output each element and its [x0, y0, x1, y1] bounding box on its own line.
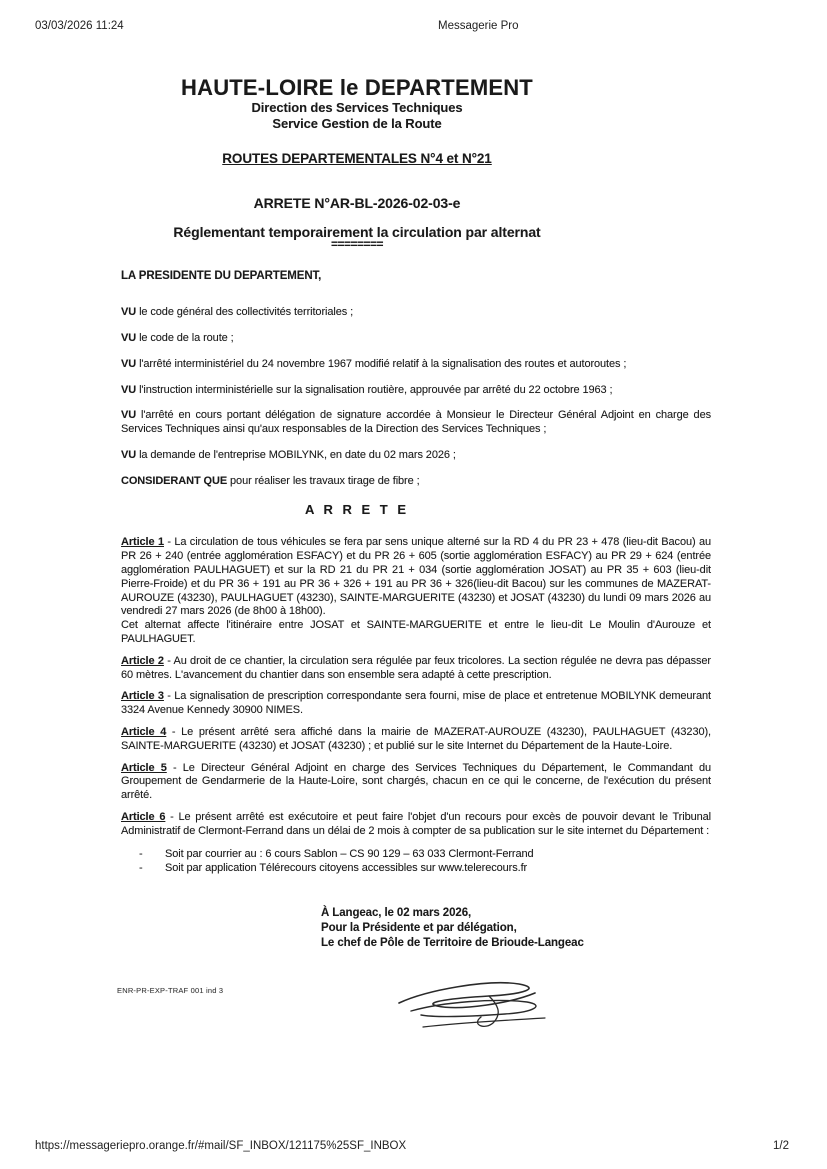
- roads-heading: ROUTES DEPARTEMENTALES N°4 et N°21: [121, 152, 593, 166]
- article-text: - La signalisation de prescription corre…: [121, 690, 711, 716]
- recital-lead: CONSIDERANT QUE: [121, 475, 227, 487]
- handwritten-signature: [393, 973, 553, 1031]
- recours-item-telerecours: - Soit par application Télérecours citoy…: [139, 861, 711, 876]
- recital-lead: VU: [121, 409, 136, 421]
- article-6: Article 6 - Le présent arrêté est exécut…: [121, 811, 711, 839]
- article-text: - Le présent arrêté est exécutoire et pe…: [121, 811, 711, 837]
- recours-item-text: Soit par courrier au : 6 cours Sablon – …: [165, 847, 534, 862]
- recital-considerant: CONSIDERANT QUE pour réaliser les travau…: [121, 475, 711, 489]
- print-datetime: 03/03/2026 11:24: [35, 20, 124, 32]
- arrete-heading: A R R E T E: [121, 503, 593, 517]
- article-label: Article 2: [121, 655, 164, 667]
- print-app-title: Messagerie Pro: [438, 20, 519, 32]
- list-dash: -: [139, 847, 165, 862]
- print-page-indicator: 1/2: [773, 1140, 789, 1152]
- recital-text: pour réaliser les travaux tirage de fibr…: [230, 475, 420, 487]
- direction-subtitle: Direction des Services Techniques: [121, 100, 593, 116]
- signature-delegation: Pour la Présidente et par délégation,: [321, 921, 711, 936]
- recital-lead: VU: [121, 384, 136, 396]
- article-label: Article 4: [121, 726, 166, 738]
- recital-text: le code général des collectivités territ…: [139, 306, 353, 318]
- article-4: Article 4 - Le présent arrêté sera affic…: [121, 726, 711, 754]
- article-label: Article 1: [121, 536, 164, 548]
- article-text: - La circulation de tous véhicules se fe…: [121, 536, 711, 645]
- recital-text: l'arrêté en cours portant délégation de …: [121, 409, 711, 435]
- arrete-document: HAUTE-LOIRE le DEPARTEMENT Direction des…: [121, 76, 711, 951]
- recours-item-text: Soit par application Télérecours citoyen…: [165, 861, 527, 876]
- document-reference-code: ENR-PR-EXP-TRAF 001 ind 3: [117, 986, 223, 995]
- recital-vu-6: VU la demande de l'entreprise MOBILYNK, …: [121, 449, 711, 463]
- article-label: Article 6: [121, 811, 165, 823]
- article-5: Article 5 - Le Directeur Général Adjoint…: [121, 762, 711, 803]
- article-label: Article 3: [121, 690, 164, 702]
- salutation: LA PRESIDENTE DU DEPARTEMENT,: [121, 270, 711, 284]
- article-2: Article 2 - Au droit de ce chantier, la …: [121, 655, 711, 683]
- article-text: - Le Directeur Général Adjoint en charge…: [121, 762, 711, 802]
- department-title: HAUTE-LOIRE le DEPARTEMENT: [121, 76, 593, 100]
- article-text: - Au droit de ce chantier, la circulatio…: [121, 655, 711, 681]
- recital-text: la demande de l'entreprise MOBILYNK, en …: [139, 449, 456, 461]
- recital-vu-5: VU l'arrêté en cours portant délégation …: [121, 409, 711, 437]
- recital-vu-1: VU le code général des collectivités ter…: [121, 306, 711, 320]
- signature-block: À Langeac, le 02 mars 2026, Pour la Prés…: [321, 906, 711, 951]
- signature-place-date: À Langeac, le 02 mars 2026,: [321, 906, 711, 921]
- article-1: Article 1 - La circulation de tous véhic…: [121, 536, 711, 646]
- arrete-heading-block: A R R E T E: [121, 503, 593, 517]
- article-text: - Le présent arrêté sera affiché dans la…: [121, 726, 711, 752]
- article-label: Article 5: [121, 762, 167, 774]
- list-dash: -: [139, 861, 165, 876]
- document-letterhead: HAUTE-LOIRE le DEPARTEMENT Direction des…: [121, 76, 593, 249]
- recours-item-courrier: - Soit par courrier au : 6 cours Sablon …: [139, 847, 711, 862]
- arrete-number-heading: ARRETE N°AR-BL-2026-02-03-e: [121, 197, 593, 211]
- signature-signatory: Le chef de Pôle de Territoire de Brioude…: [321, 936, 711, 951]
- recital-text: l'arrêté interministériel du 24 novembre…: [139, 358, 626, 370]
- recital-lead: VU: [121, 306, 136, 318]
- recital-vu-2: VU le code de la route ;: [121, 332, 711, 346]
- recital-vu-4: VU l'instruction interministérielle sur …: [121, 384, 711, 398]
- recital-lead: VU: [121, 332, 136, 344]
- print-footer-url: https://messageriepro.orange.fr/#mail/SF…: [35, 1140, 406, 1152]
- separator-line: ========: [121, 239, 593, 249]
- article-3: Article 3 - La signalisation de prescrip…: [121, 690, 711, 718]
- recital-lead: VU: [121, 449, 136, 461]
- printed-page: 03/03/2026 11:24 Messagerie Pro HAUTE-LO…: [0, 0, 827, 1169]
- recital-lead: VU: [121, 358, 136, 370]
- recital-text: l'instruction interministérielle sur la …: [139, 384, 612, 396]
- recital-text: le code de la route ;: [139, 332, 234, 344]
- service-subtitle: Service Gestion de la Route: [121, 116, 593, 132]
- recital-vu-3: VU l'arrêté interministériel du 24 novem…: [121, 358, 711, 372]
